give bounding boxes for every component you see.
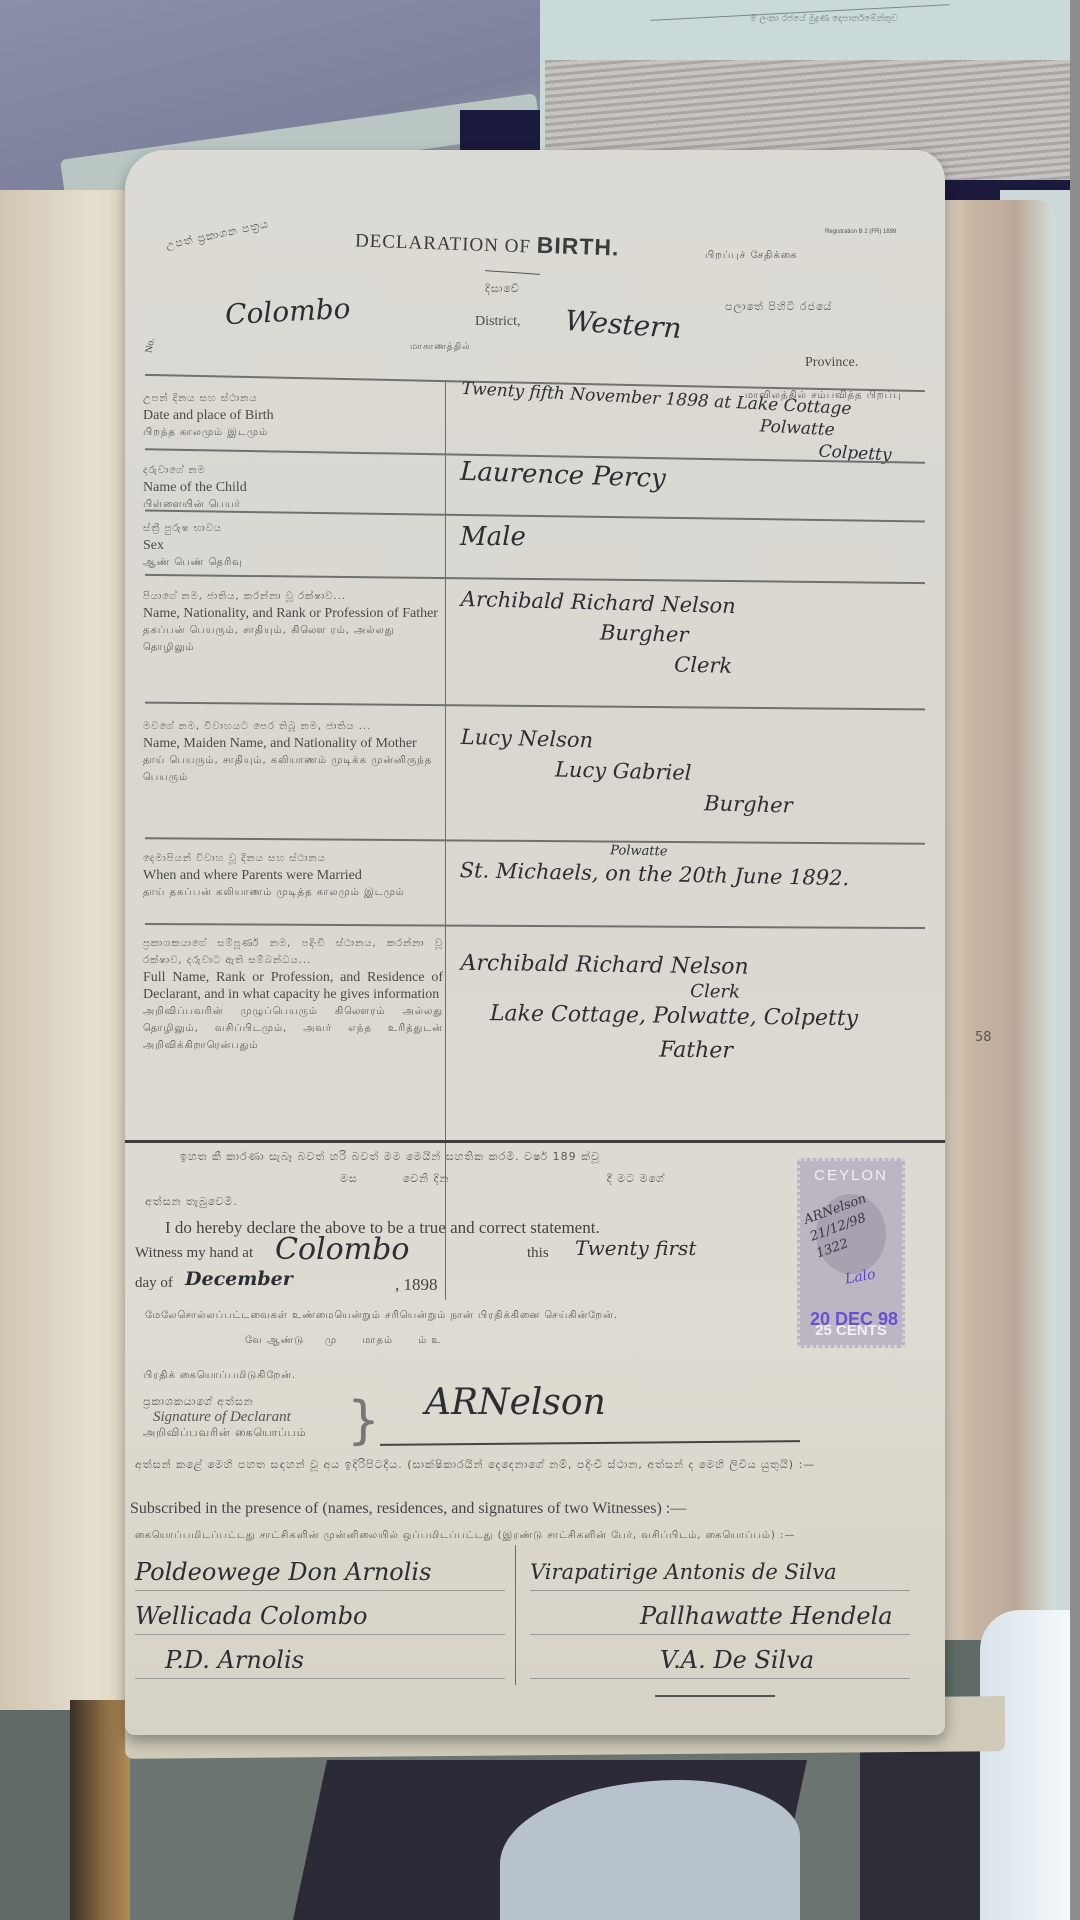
declaration-sinhala: ඉහත කී කාරණා සැබෑ බවත් හරි බවත් මම මෙයින… (180, 1150, 665, 1186)
declarant-signature: ARNelson (425, 1382, 606, 1423)
witness-rule (530, 1678, 910, 1679)
row-label-sex: ස්ත්‍රී පුරුෂ භාවය Sex ஆண் பெண் தெரிவு (143, 520, 443, 571)
district-tamil-label: மாகாணத்தில் (410, 342, 471, 353)
row-label-sinhala: ප්‍රකාශකයාගේ සම්පූර්ණ නම, පදිංචි ස්ථානය,… (143, 935, 443, 969)
witnesses-sinhala-instruction: අත්සන් කළේ මෙහි පහත සඳහන් වූ අය ඉදිරිපිට… (135, 1455, 935, 1475)
year-value: , 1898 (395, 1275, 438, 1295)
row-value-mother: Lucy Nelson Lucy Gabriel Burgher (459, 722, 931, 824)
row-label-english: Name, Nationality, and Rank or Professio… (143, 606, 438, 621)
witness-rule (530, 1590, 910, 1591)
row-label-english: Full Name, Rank or Profession, and Resid… (143, 970, 443, 1002)
image-edge-strip (1070, 0, 1080, 1920)
witnesses-instruction: Subscribed in the presence of (names, re… (130, 1500, 686, 1518)
witness-rule (135, 1590, 505, 1591)
title-prefix: DECLARATION (355, 230, 500, 256)
brace-icon: } (347, 1395, 380, 1447)
signature-line (380, 1440, 800, 1446)
registration-number: Registration B 2 (FR) 1899 (825, 228, 896, 236)
row-label-tamil: தகப்பன் பெயரும், சாதியும், கிலௌ ரம், அல்… (143, 622, 443, 656)
signature-label-tamil: அறிவிப்பவரின் கையொப்பம் (143, 1426, 343, 1441)
stamp-value: 25 CENTS (800, 1322, 902, 1339)
row-label-sinhala: පියාගේ නම, ජාතිය, කරන්නා වූ රක්ෂාව... (143, 588, 443, 605)
row-label-english: When and where Parents were Married (143, 868, 362, 883)
district-sinhala-label: දිසාවේ (485, 282, 520, 296)
row-label-sinhala: දරුවාගේ නම (143, 462, 443, 479)
title-main: BIRTH. (536, 232, 620, 261)
row-label-english: Name of the Child (143, 480, 247, 495)
birth-declaration-sheet: උපත් ප්‍රකාශන පත්‍රය DECLARATION OF BIRT… (125, 150, 945, 1735)
row-label-tamil: பிறந்த காலமும் இடமும் (143, 424, 443, 441)
background-wood-table (70, 1700, 130, 1920)
row-label-sinhala: ස්ත්‍රී පුරුෂ භාවය (143, 520, 443, 537)
signature-label-english: Signature of Declarant (143, 1409, 343, 1426)
witness-hand-label: Witness my hand at (135, 1245, 253, 1262)
row-rule (145, 702, 925, 710)
witness-1-residence: Wellicada Colombo (135, 1594, 431, 1638)
declaration-sinhala-line: ඉහත කී කාරණා සැබෑ බවත් හරි බවත් මම මෙයින… (180, 1150, 665, 1164)
row-label-sinhala: දෙමාපියන් විවාහ වූ දිනය සහ ස්ථානය (143, 850, 443, 867)
signature-tamil-top: பிரதிக் கையொப்பமிடுகிறேன். (143, 1370, 296, 1382)
district-value: Colombo (224, 292, 351, 332)
row-value-sex: Male (460, 522, 930, 552)
value-line: Lake Cottage, Polwatte, Colpetty (460, 997, 930, 1038)
witness-2-name: Virapatirige Antonis de Silva (530, 1550, 893, 1594)
row-label-mother: මවගේ නම, විවාහයට පෙර තිබූ නම, ජාතිය ... … (143, 718, 443, 786)
row-value-father: Archibald Richard Nelson Burgher Clerk (459, 584, 931, 686)
row-rule (145, 574, 925, 584)
background-book-caption: මි ලංකා රජයේ මුද්‍රණ දෙපාර්තමේන්තුව (750, 14, 898, 24)
title-tamil: பிறப்புச் சேதிக்கை (705, 250, 798, 262)
declaration-tamil-date: வே ஆண்டு மு மாதம் ம் உ (245, 1335, 441, 1347)
declaration-sinhala-line: මස වෙනි දින දී මට මගේ (180, 1172, 665, 1186)
province-sinhala-label: පලාතේ පිහිටි රජයේ (725, 300, 832, 314)
row-value-marriage: Polwatte St. Michaels, on the 20th June … (460, 837, 931, 891)
row-label-birth: උපන් දිනය සහ ස්ථානය Date and place of Bi… (143, 390, 443, 441)
margin-note: 58 (975, 1030, 992, 1045)
this-label: this (527, 1245, 549, 1262)
witness-1-signature: P.D. Arnolis (135, 1638, 431, 1682)
province-label: Province. (805, 355, 858, 371)
witness-1: Poldeowege Don Arnolis Wellicada Colombo… (135, 1550, 431, 1682)
row-label-tamil: அறிவிப்பவரின் முழுப்பெயரும் கிலௌரம் அல்ல… (143, 1003, 443, 1054)
witness-divider (515, 1545, 516, 1685)
witness-2-residence: Pallhawatte Hendela (530, 1594, 893, 1638)
background-white-cloth (980, 1610, 1070, 1920)
header-sinhala: උපත් ප්‍රකාශන පත්‍රය (165, 217, 270, 252)
row-label-father: පියාගේ නම, ජාතිය, කරන්නා වූ රක්ෂාව... Na… (143, 588, 443, 656)
row-label-tamil: தாய் பெயரும், சாதியும், கலியாணம் முடிக்க… (143, 752, 443, 786)
value-line: Father (459, 1031, 929, 1072)
title-of: OF (504, 236, 531, 258)
declaration-sinhala-end: අත්සන තැබුවෙමි. (145, 1195, 238, 1209)
row-value-declarant: Archibald Richard Nelson Clerk Lake Cott… (459, 947, 931, 1072)
witness-rule (530, 1634, 910, 1635)
row-label-marriage: දෙමාපියන් විවාහ වූ දිනය සහ ස්ථානය When a… (143, 850, 443, 901)
witness-1-name: Poldeowege Don Arnolis (135, 1550, 431, 1594)
revenue-stamp: CEYLON ARNelson 21/12/98 1322 Lalo 20 DE… (797, 1158, 905, 1348)
district-label: District, (475, 314, 521, 330)
witnesses-tamil-instruction: கையொப்பமிடப்பட்டது சாட்சிகளின் முன்னிலைய… (135, 1530, 795, 1542)
day-value: Twenty first (575, 1236, 696, 1260)
province-value: Western (564, 304, 683, 345)
row-label-english: Sex (143, 538, 164, 553)
row-label-english: Name, Maiden Name, and Nationality of Mo… (143, 736, 417, 751)
row-label-sinhala: මවගේ නම, විවාහයට පෙර තිබූ නම, ජාතිය ... (143, 718, 443, 735)
signature-label-sinhala: ප්‍රකාශකයාගේ අත්සන (143, 1395, 343, 1409)
witness-place-value: Colombo (275, 1232, 409, 1267)
witness-rule (135, 1678, 505, 1679)
value-line: Male (460, 522, 930, 552)
document-title: DECLARATION OF BIRTH. (355, 225, 620, 261)
row-rule (145, 923, 925, 929)
witness-rule (135, 1634, 505, 1635)
title-rule (485, 270, 540, 275)
declaration-tamil: மேலேசொல்லப்பட்டவைகள் உண்மையென்றும் சரியெ… (145, 1310, 618, 1322)
day-of-label: day of (135, 1275, 173, 1292)
witness-2-signature: V.A. De Silva (530, 1638, 893, 1682)
row-label-child-name: දරුවාගේ නම Name of the Child பிள்ளையின் … (143, 462, 443, 513)
witness-2: Virapatirige Antonis de Silva Pallhawatt… (530, 1550, 893, 1682)
month-value: December (185, 1268, 293, 1290)
no-label: No. (144, 337, 157, 353)
row-label-english: Date and place of Birth (143, 408, 274, 423)
row-label-tamil: தாய் தகப்பன் கலியாணம் முடித்த காலமும் இட… (143, 884, 443, 901)
row-label-declarant: ප්‍රකාශකයාගේ සම්පූර්ණ නම, පදිංචි ස්ථානය,… (143, 935, 443, 1054)
row-label-sinhala: උපන් දිනය සහ ස්ථානය (143, 390, 443, 407)
declaration-rule (125, 1140, 945, 1143)
signature-label: ප්‍රකාශකයාගේ අත්සන Signature of Declaran… (143, 1395, 343, 1441)
witness-underline (655, 1695, 775, 1697)
row-label-tamil: ஆண் பெண் தெரிவு (143, 554, 443, 571)
